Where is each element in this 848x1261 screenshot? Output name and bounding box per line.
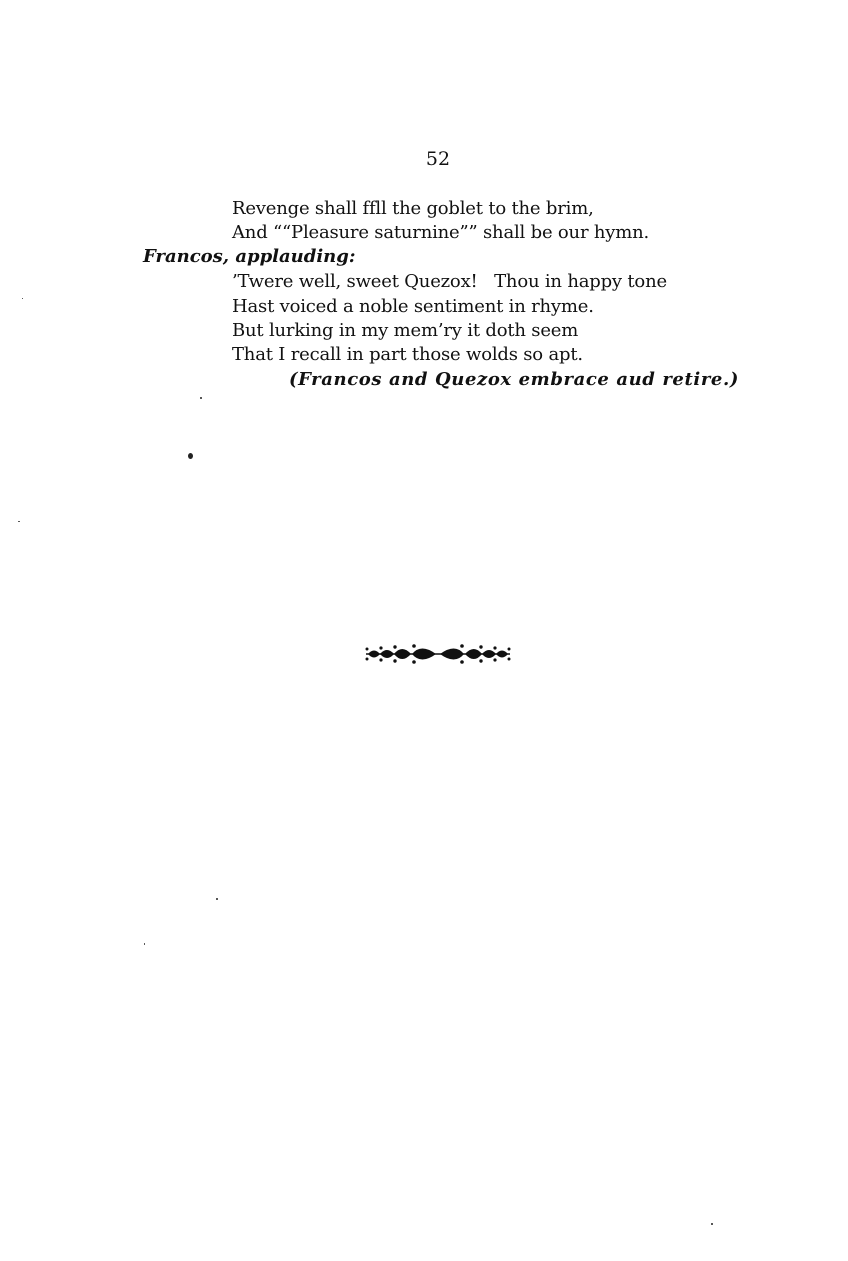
verse-line: And ““Pleasure saturnine”” shall be our … [232, 222, 649, 243]
verse-line: That I recall in part those wolds so apt… [232, 344, 583, 365]
verse-line: ’Twere well, sweet Quezox! Thou in happy… [232, 271, 667, 292]
scan-speck [188, 453, 193, 459]
scan-speck [18, 521, 20, 522]
scan-speck [711, 1223, 713, 1225]
scan-speck [200, 397, 202, 399]
verse-line: But lurking in my mem’ry it doth seem [232, 320, 578, 341]
verse-line: Revenge shall ffll the goblet to the bri… [232, 198, 594, 219]
scan-speck [216, 898, 218, 900]
verse-line: Hast voiced a noble sentiment in rhyme. [232, 296, 594, 317]
speaker-heading: Francos, applauding: [143, 246, 356, 267]
leaf-vine-ornament-icon [364, 643, 512, 665]
page-number: 52 [0, 148, 848, 170]
scan-speck [22, 298, 23, 299]
scan-speck [144, 943, 145, 945]
stage-direction: (Francos and Quezox embrace aud retire.) [289, 369, 739, 390]
